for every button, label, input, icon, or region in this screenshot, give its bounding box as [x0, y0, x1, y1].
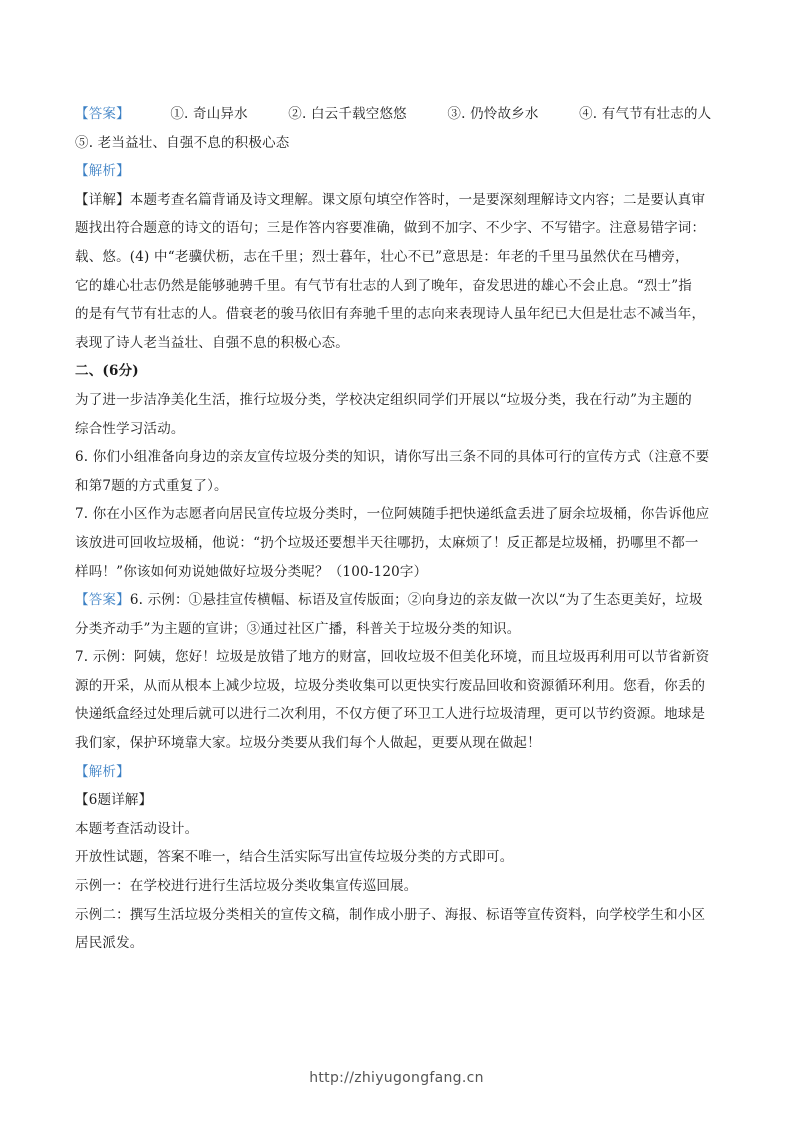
answer-item-5: ⑤. 老当益壮、自强不息的积极心态 [75, 129, 720, 158]
answer-item: ④. 有气节有壮志的人 [579, 106, 711, 122]
answer-6-line: 分类齐动手”为主题的宣讲；③通过社区广播，科普关于垃圾分类的知识。 [75, 615, 720, 644]
answer-tag: 【答案】 [75, 592, 130, 608]
answer-row-1: 【答案】 ①. 奇山异水 ②. 白云千载空悠悠 ③. 仍怜故乡水 ④. 有气节有… [75, 100, 720, 129]
intro-line: 为了进一步洁净美化生活，推行垃圾分类，学校决定组织同学们开展以“垃圾分类，我在行… [75, 386, 720, 415]
detail-line: 载、悠。(4) 中“老骥伏枥，志在千里；烈士暮年，壮心不已”意思是：年老的千里马… [75, 243, 720, 272]
answer-7-line: 7. 示例：阿姨，您好！垃圾是放错了地方的财富，回收垃圾不但美化环境，而且垃圾再… [75, 643, 720, 672]
answer-item: ③. 仍怜故乡水 [447, 106, 538, 122]
detail-line: 的是有气节有壮志的人。借衰老的骏马依旧有奔驰千里的志向来表现诗人虽年纪已大但是壮… [75, 300, 720, 329]
answer-tag: 【答案】 [75, 106, 130, 122]
detail-line: 题找出符合题意的诗文的语句；三是作答内容要准确，做到不加字、不少字、不写错字。注… [75, 214, 720, 243]
analysis-tag: 【解析】 [75, 157, 720, 186]
footer-url: http://zhiyugongfang.cn [0, 1070, 793, 1086]
answer-item: ①. 奇山异水 [170, 106, 247, 122]
detail-line: 【详解】本题考查名篇背诵及诗文理解。课文原句填空作答时，一是要深刻理解诗文内容；… [75, 186, 720, 215]
q6-detail-line: 示例二：撰写生活垃圾分类相关的宣传文稿，制作成小册子、海报、标语等宣传资料，向学… [75, 901, 720, 930]
answer-6-text: 6. 示例：①悬挂宣传横幅、标语及宣传版面；②向身边的亲友做一次以“为了生态更美… [130, 592, 703, 608]
question-7-line: 该放进可回收垃圾桶，他说：“扔个垃圾还要想半天往哪扔，太麻烦了！反正都是垃圾桶，… [75, 529, 720, 558]
question-7-line: 样吗！”你该如何劝说她做好垃圾分类呢？（100-120字） [75, 558, 720, 587]
q6-detail-heading: 【6题详解】 [75, 786, 720, 815]
q6-detail-line: 开放性试题，答案不唯一，结合生活实际写出宣传垃圾分类的方式即可。 [75, 843, 720, 872]
q6-detail-line: 本题考查活动设计。 [75, 815, 720, 844]
q6-detail-line: 示例一：在学校进行进行生活垃圾分类收集宣传巡回展。 [75, 872, 720, 901]
intro-line: 综合性学习活动。 [75, 415, 720, 444]
question-6-line: 和第7题的方式重复了）。 [75, 472, 720, 501]
answer-7-line: 快递纸盒经过处理后就可以进行二次利用，不仅方便了环卫工人进行垃圾清理，更可以节约… [75, 700, 720, 729]
answer-item: ②. 白云千载空悠悠 [288, 106, 407, 122]
document-page: 【答案】 ①. 奇山异水 ②. 白云千载空悠悠 ③. 仍怜故乡水 ④. 有气节有… [75, 100, 720, 958]
detail-line: 它的雄心壮志仍然是能够驰骋千里。有气节有壮志的人到了晚年，奋发思进的雄心不会止息… [75, 272, 720, 301]
question-7-line: 7. 你在小区作为志愿者向居民宣传垃圾分类时，一位阿姨随手把快递纸盒丢进了厨余垃… [75, 500, 720, 529]
answer-6-line: 【答案】6. 示例：①悬挂宣传横幅、标语及宣传版面；②向身边的亲友做一次以“为了… [75, 586, 720, 615]
answer-7-line: 我们家，保护环境靠大家。垃圾分类要从我们每个人做起，更要从现在做起！ [75, 729, 720, 758]
analysis-tag: 【解析】 [75, 758, 720, 787]
section-heading: 二、(6分) [75, 357, 720, 386]
question-6-line: 6. 你们小组准备向身边的亲友宣传垃圾分类的知识，请你写出三条不同的具体可行的宣… [75, 443, 720, 472]
q6-detail-line: 居民派发。 [75, 929, 720, 958]
detail-line: 表现了诗人老当益壮、自强不息的积极心态。 [75, 329, 720, 358]
answer-7-line: 源的开采，从而从根本上减少垃圾，垃圾分类收集可以更快实行废品回收和资源循环利用。… [75, 672, 720, 701]
